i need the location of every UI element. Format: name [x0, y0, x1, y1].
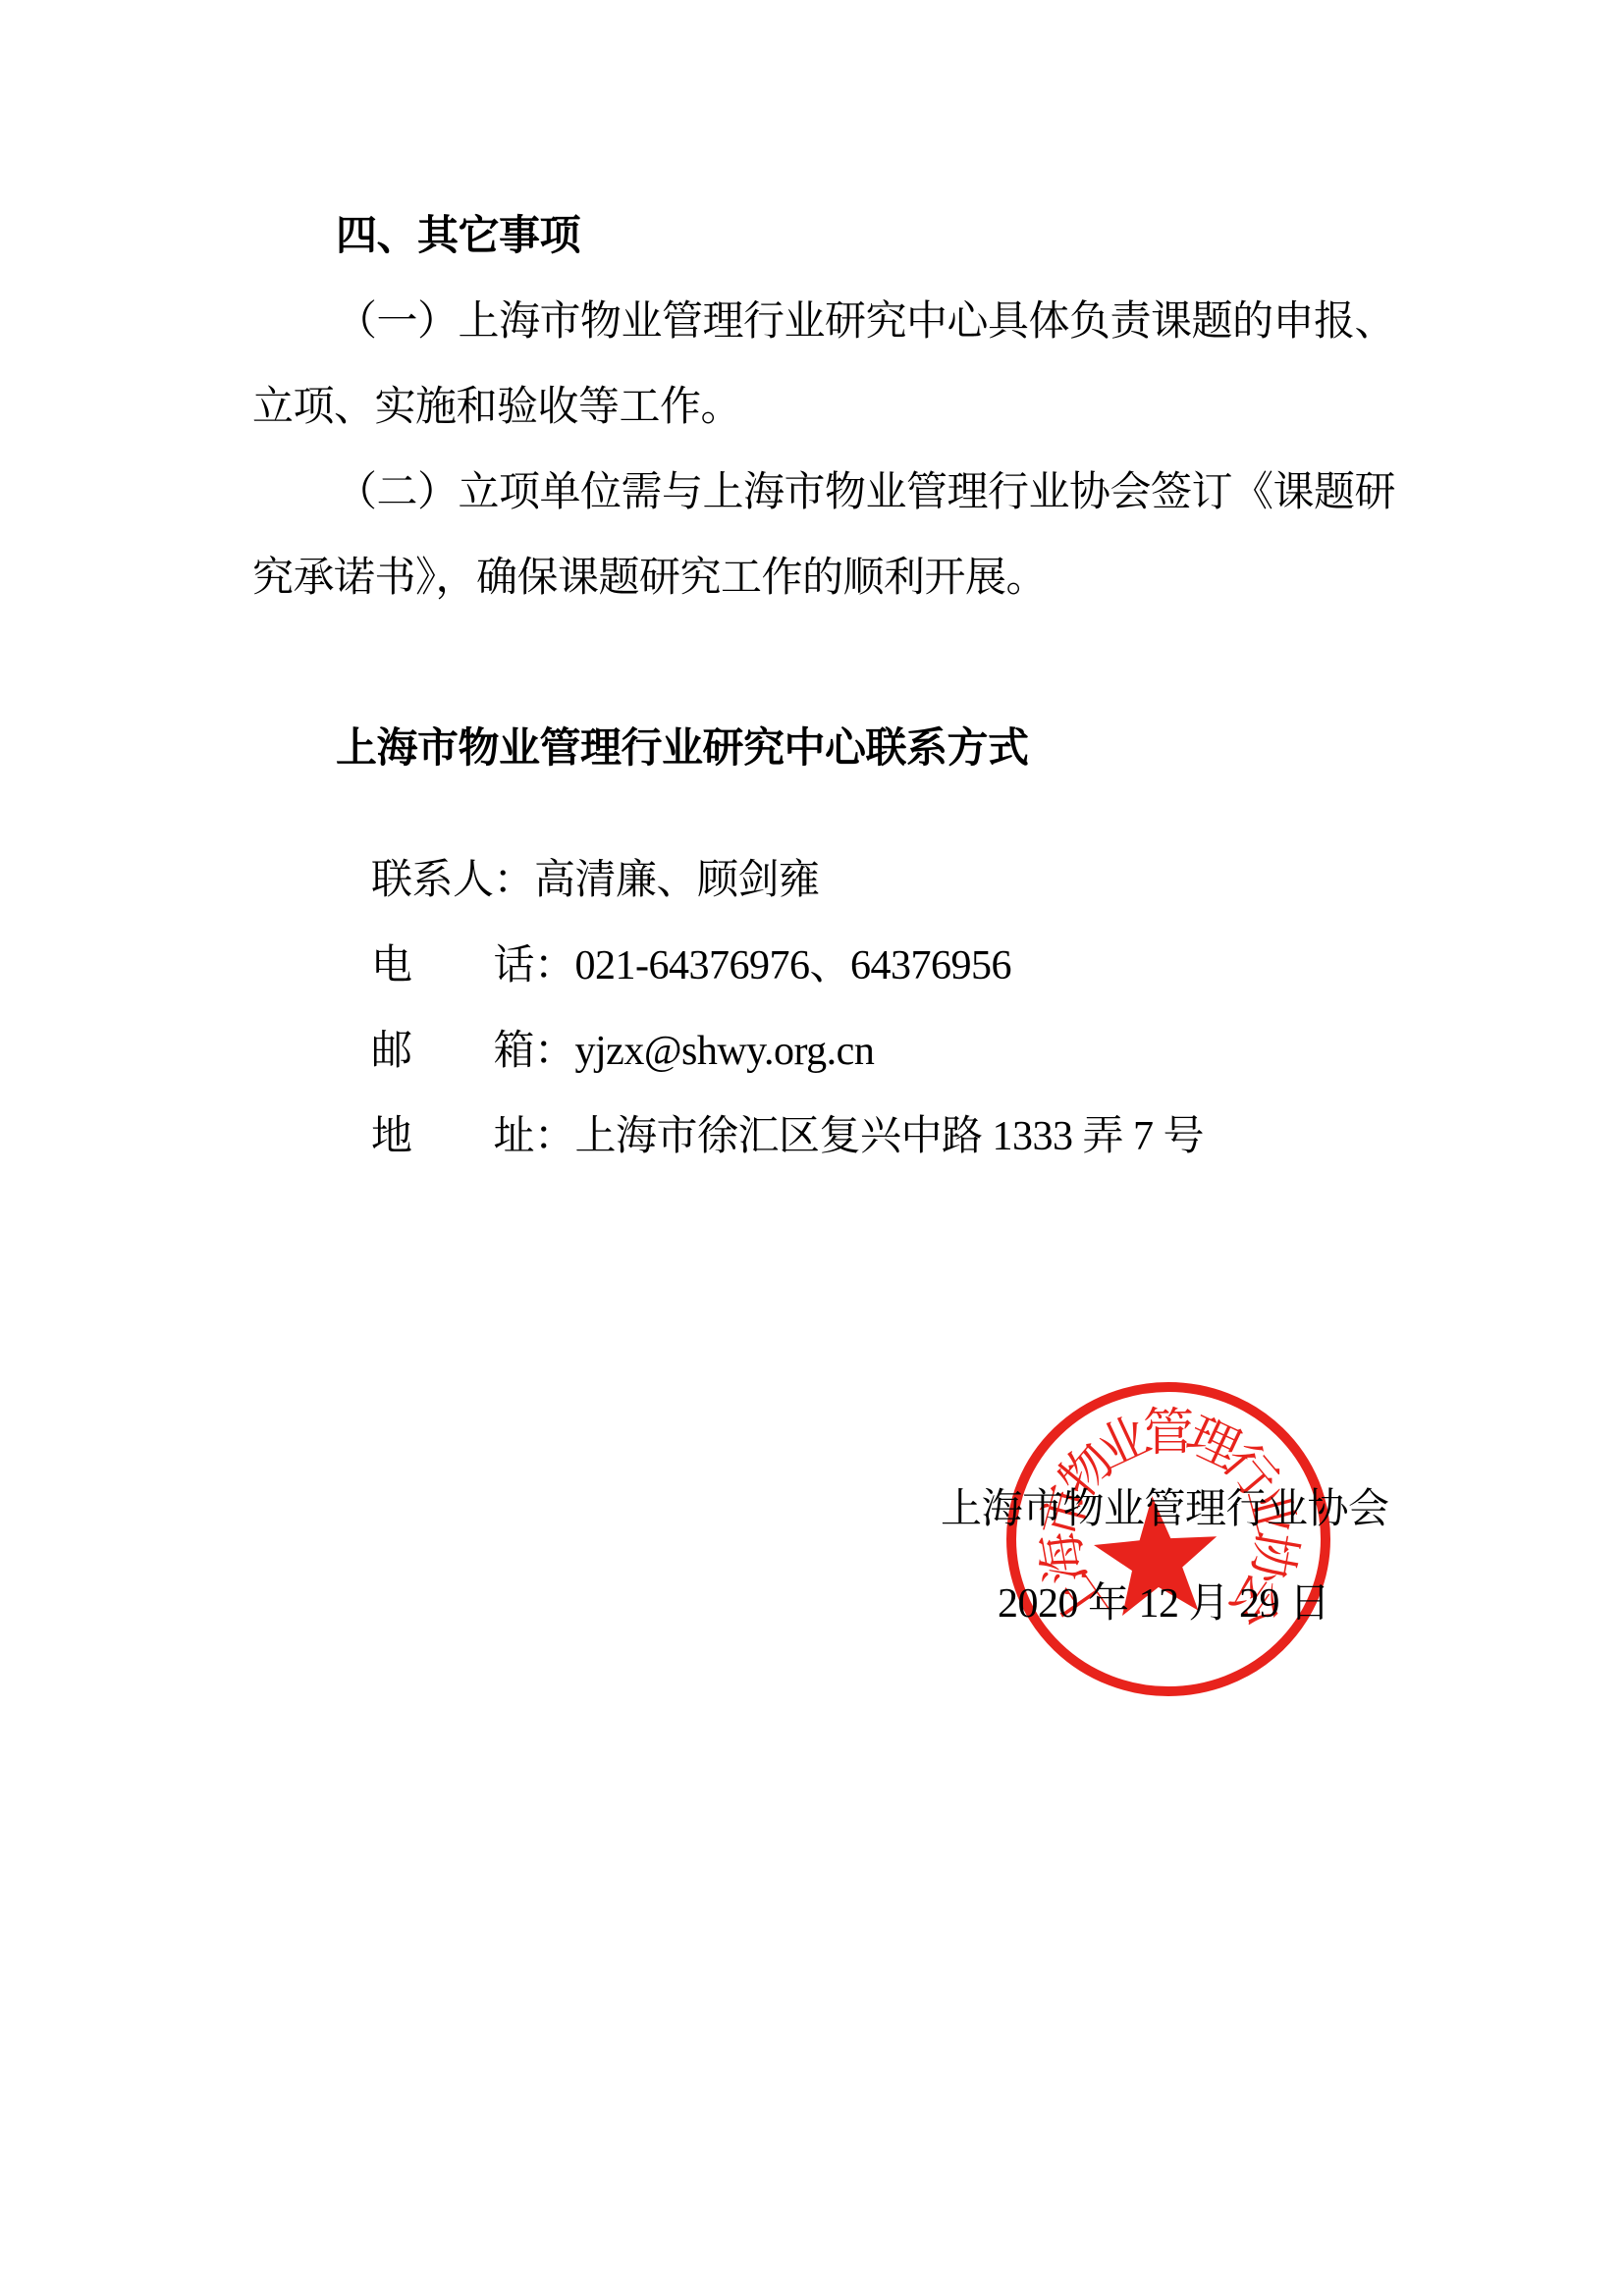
body-line: （一）上海市物业管理行业研究中心具体负责课题的申报、 — [336, 299, 1395, 345]
body-line: 立项、实施和验收等工作。 — [252, 385, 741, 430]
contact-label: 邮 箱： — [371, 1029, 575, 1074]
official-seal-stamp: 上海市物业管理行业协会 — [997, 1367, 1340, 1711]
body-line: 究承诺书》，确保课题研究工作的顺利开展。 — [252, 556, 1047, 601]
contact-value: yjzx@shwy.org.cn — [575, 1029, 875, 1074]
body-line: （二）立项单位需与上海市物业管理行业协会签订《课题研 — [336, 470, 1395, 515]
section-heading: 四、其它事项 — [336, 214, 580, 259]
contact-heading: 上海市物业管理行业研究中心联系方式 — [336, 726, 1029, 772]
contact-label: 联系人： — [371, 858, 534, 903]
seal-text: 上海市物业管理行业协会 — [1033, 1406, 1305, 1636]
contact-row: 地 址：上海市徐汇区复兴中路 1333 弄 7 号 — [332, 1069, 1204, 1205]
contact-label: 电 话： — [371, 943, 575, 988]
contact-value: 021-64376976、64376956 — [575, 943, 1012, 988]
contact-value: 高清廉、顾剑雍 — [534, 858, 820, 903]
document-page: 四、其它事项 （一）上海市物业管理行业研究中心具体负责课题的申报、 立项、实施和… — [0, 0, 1624, 2296]
contact-value: 上海市徐汇区复兴中路 1333 弄 7 号 — [575, 1114, 1205, 1159]
contact-label: 地 址： — [371, 1114, 575, 1159]
